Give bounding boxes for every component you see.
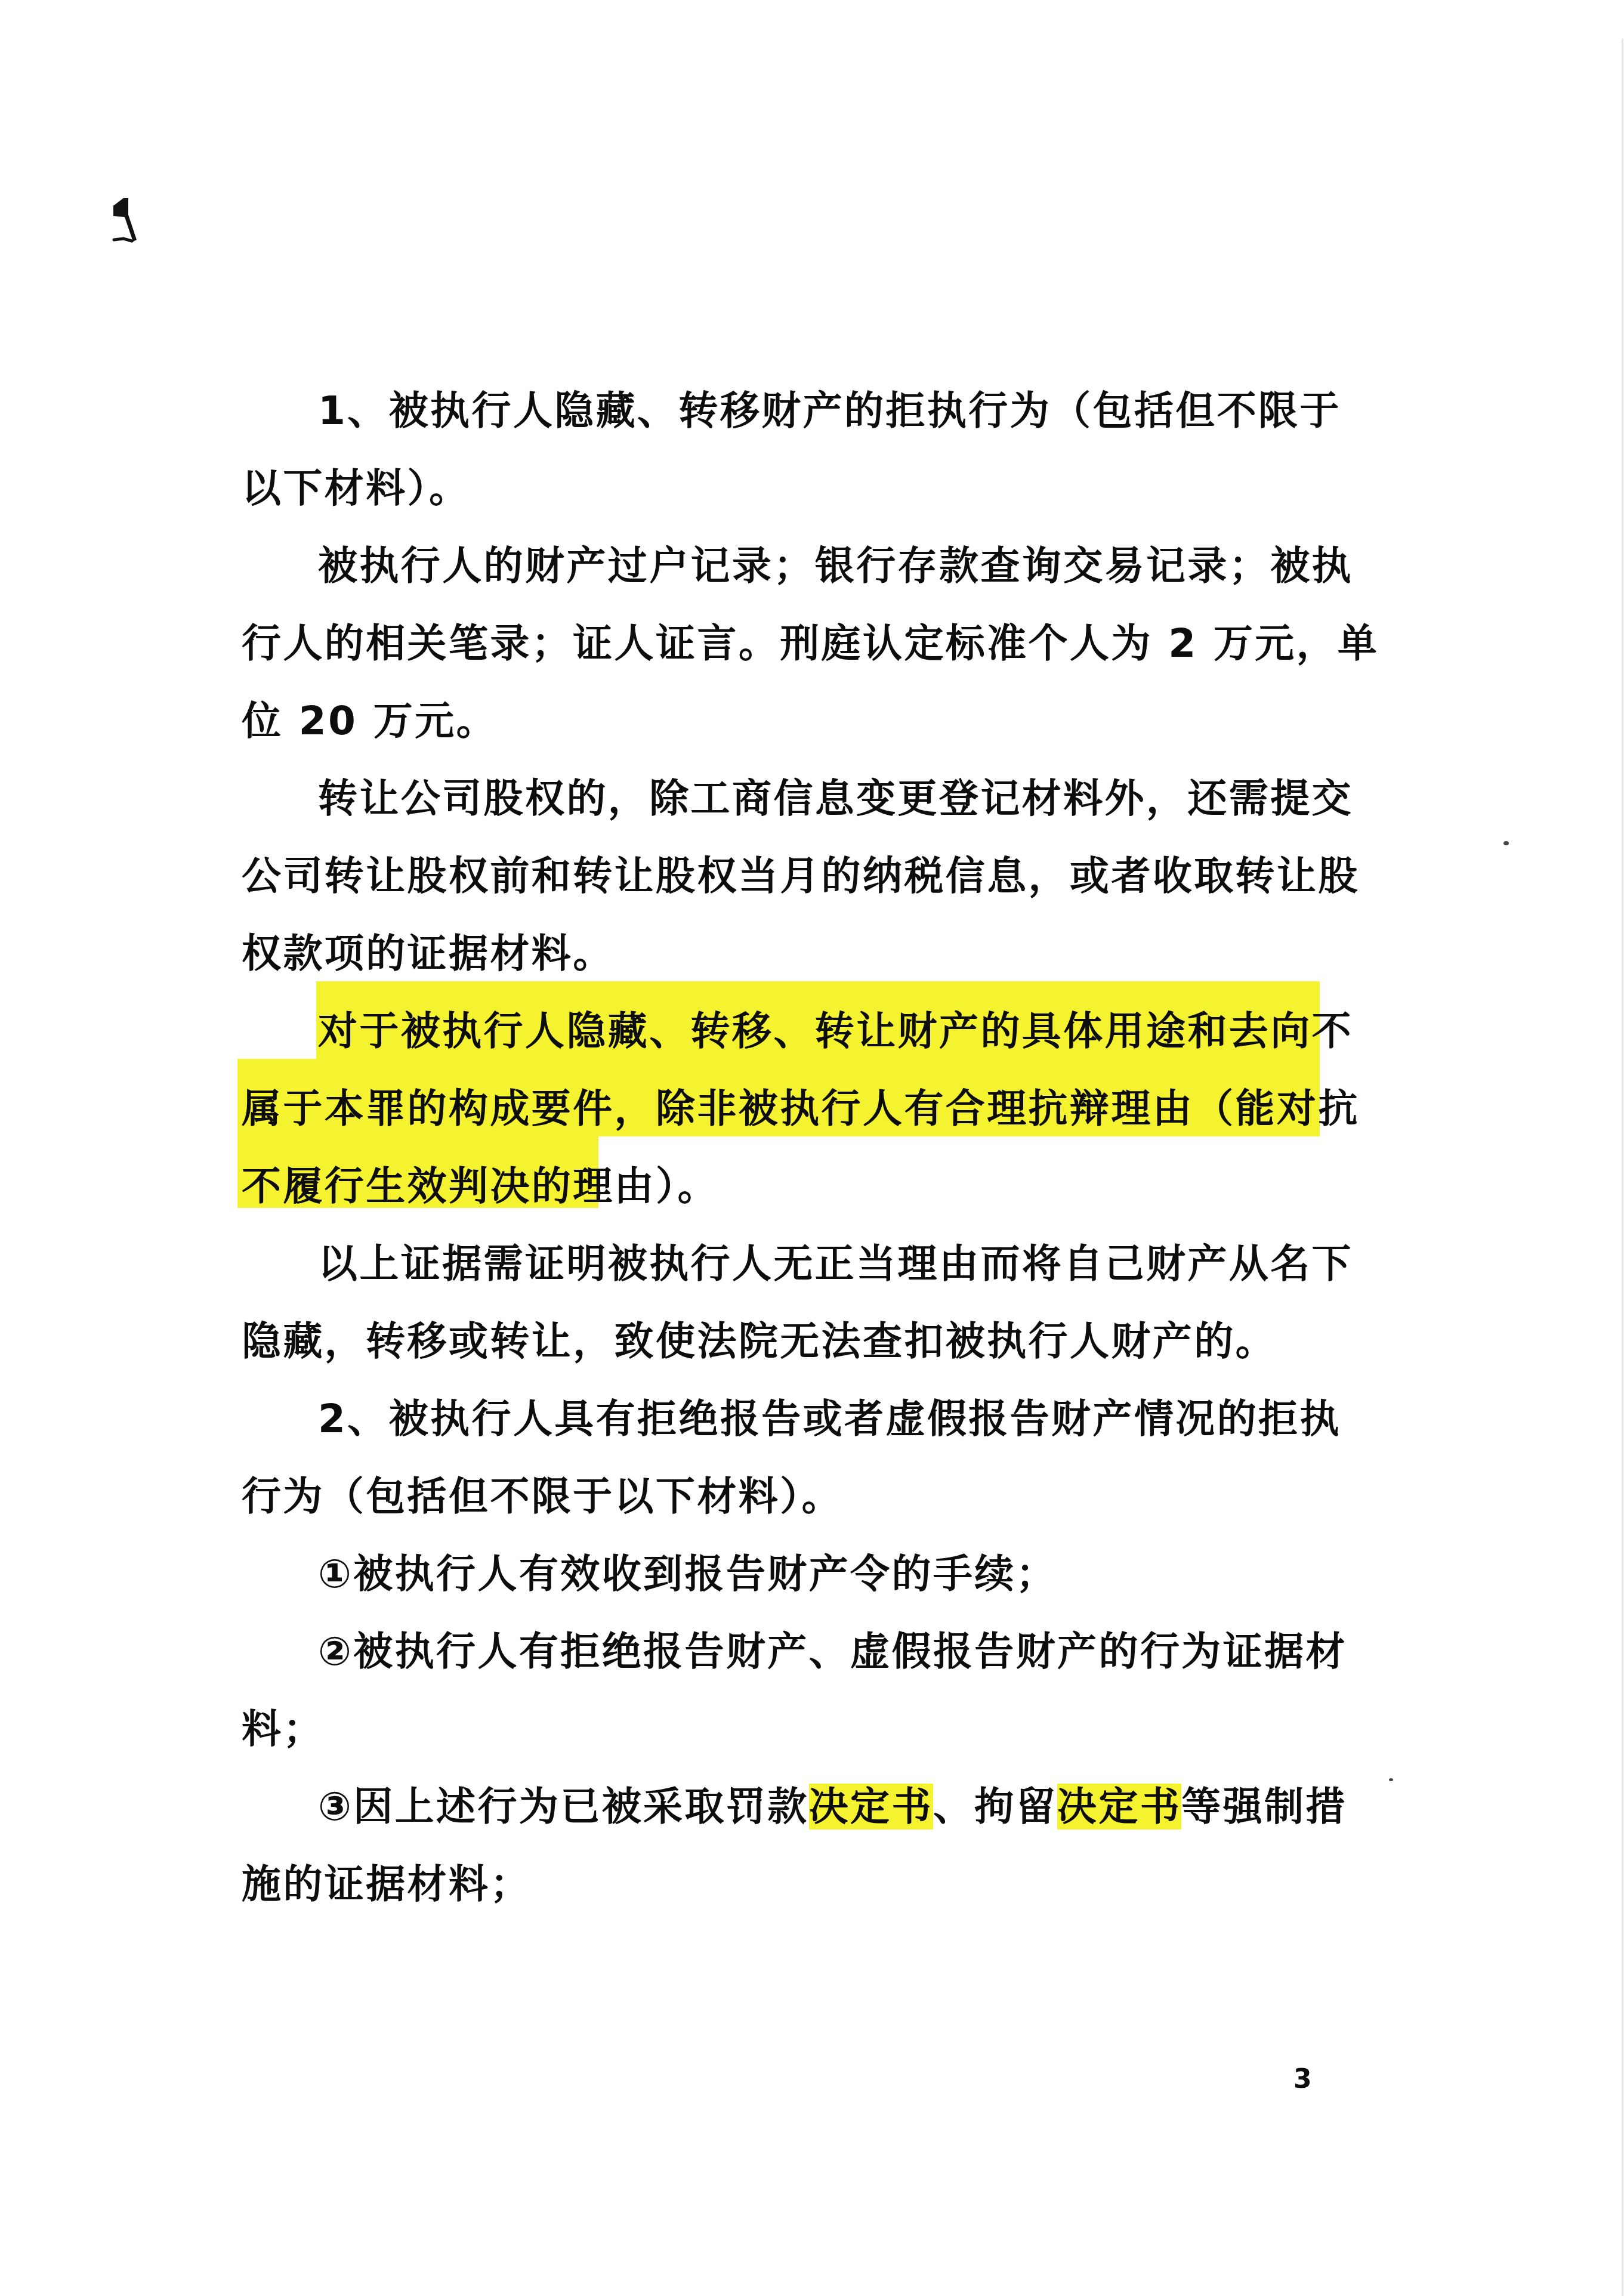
paragraph-equity-transfer: 转让公司股权的，除工商信息变更登记材料外，还需提交 (242, 760, 1322, 838)
highlighted-text-line: 不履行生效判决的理由）。 (242, 1163, 719, 1209)
highlighted-paragraph-cont: 不履行生效判决的理由）。 (242, 1148, 1322, 1225)
highlighted-text-line: 对于被执行人隐藏、转移、转让财产的具体用途和去向不 (318, 1008, 1353, 1054)
text-line: 公司转让股权前和转让股权当月的纳税信息，或者收取转让股 (242, 853, 1360, 899)
text-line: 2、被执行人具有拒绝报告或者虚假报告财产情况的拒执 (318, 1396, 1341, 1442)
text-segment: 、拘留 (933, 1784, 1057, 1830)
list-item-2-cont: 料； (242, 1691, 1322, 1768)
document-page: 1、被执行人隐藏、转移财产的拒执行为（包括但不限于 以下材料）。 被执行人的财产… (0, 0, 1624, 2296)
text-line: 1、被执行人隐藏、转移财产的拒执行为（包括但不限于 (318, 388, 1341, 434)
scan-speck (1503, 841, 1509, 845)
text-line: 位 20 万元。 (242, 698, 498, 744)
highlighted-paragraph-cont: 属于本罪的构成要件，除非被执行人有合理抗辩理由（能对抗 (242, 1070, 1322, 1148)
text-line: 行人的相关笔录；证人证言。刑庭认定标准个人为 2 万元，单 (242, 620, 1379, 666)
list-item-3: ③因上述行为已被采取罚款决定书、拘留决定书等强制措 (242, 1768, 1322, 1846)
text-line: ①被执行人有效收到报告财产令的手续； (318, 1551, 1057, 1597)
text-line: 料； (242, 1706, 325, 1752)
paragraph-heading-2-cont: 行为（包括但不限于以下材料）。 (242, 1458, 1322, 1535)
text-line: 施的证据材料； (242, 1861, 532, 1907)
text-line: 转让公司股权的，除工商信息变更登记材料外，还需提交 (318, 775, 1353, 821)
text-line: ②被执行人有拒绝报告财产、虚假报告财产的行为证据材 (318, 1628, 1347, 1674)
highlighted-paragraph: 对于被执行人隐藏、转移、转让财产的具体用途和去向不 (242, 993, 1322, 1070)
text-line: 以上证据需证明被执行人无正当理由而将自己财产从名下 (318, 1241, 1353, 1287)
document-body: 1、被执行人隐藏、转移财产的拒执行为（包括但不限于 以下材料）。 被执行人的财产… (242, 372, 1322, 1923)
paragraph-heading-1-cont: 以下材料）。 (242, 450, 1322, 527)
highlighted-text-line: 属于本罪的构成要件，除非被执行人有合理抗辩理由（能对抗 (242, 1086, 1360, 1132)
paragraph-heading-2: 2、被执行人具有拒绝报告或者虚假报告财产情况的拒执 (242, 1380, 1322, 1458)
list-item-1: ①被执行人有效收到报告财产令的手续； (242, 1535, 1322, 1613)
text-line: 以下材料）。 (242, 465, 470, 511)
paragraph-evidence-list: 被执行人的财产过户记录；银行存款查询交易记录；被执 (242, 527, 1322, 605)
scan-speck (1389, 1778, 1393, 1781)
text-line: 行为（包括但不限于以下材料）。 (242, 1473, 843, 1519)
paragraph-evidence-purpose: 以上证据需证明被执行人无正当理由而将自己财产从名下 (242, 1225, 1322, 1303)
text-segment: ③因上述行为已被采取罚款 (318, 1784, 809, 1830)
text-line: 权款项的证据材料。 (242, 931, 615, 977)
paragraph-equity-transfer-cont: 公司转让股权前和转让股权当月的纳税信息，或者收取转让股 (242, 838, 1322, 915)
text-line: 被执行人的财产过户记录；银行存款查询交易记录；被执 (318, 543, 1353, 589)
highlighted-term: 决定书 (809, 1784, 933, 1830)
list-item-3-cont: 施的证据材料； (242, 1846, 1322, 1923)
paragraph-evidence-list-cont: 行人的相关笔录；证人证言。刑庭认定标准个人为 2 万元，单 (242, 605, 1322, 682)
highlighted-term: 决定书 (1057, 1784, 1181, 1830)
scan-edge-line (1622, 39, 1623, 2296)
paragraph-heading-1: 1、被执行人隐藏、转移财产的拒执行为（包括但不限于 (242, 372, 1322, 450)
list-item-2: ②被执行人有拒绝报告财产、虚假报告财产的行为证据材 (242, 1613, 1322, 1691)
paragraph-evidence-list-cont: 位 20 万元。 (242, 682, 1322, 760)
paragraph-evidence-purpose-cont: 隐藏，转移或转让，致使法院无法查扣被执行人财产的。 (242, 1303, 1322, 1380)
paragraph-equity-transfer-cont: 权款项的证据材料。 (242, 915, 1322, 993)
staple-mark-icon (110, 197, 140, 245)
text-line: 隐藏，转移或转让，致使法院无法查扣被执行人财产的。 (242, 1318, 1277, 1364)
page-number: 3 (1293, 2064, 1312, 2094)
text-segment: 等强制措 (1181, 1784, 1347, 1830)
